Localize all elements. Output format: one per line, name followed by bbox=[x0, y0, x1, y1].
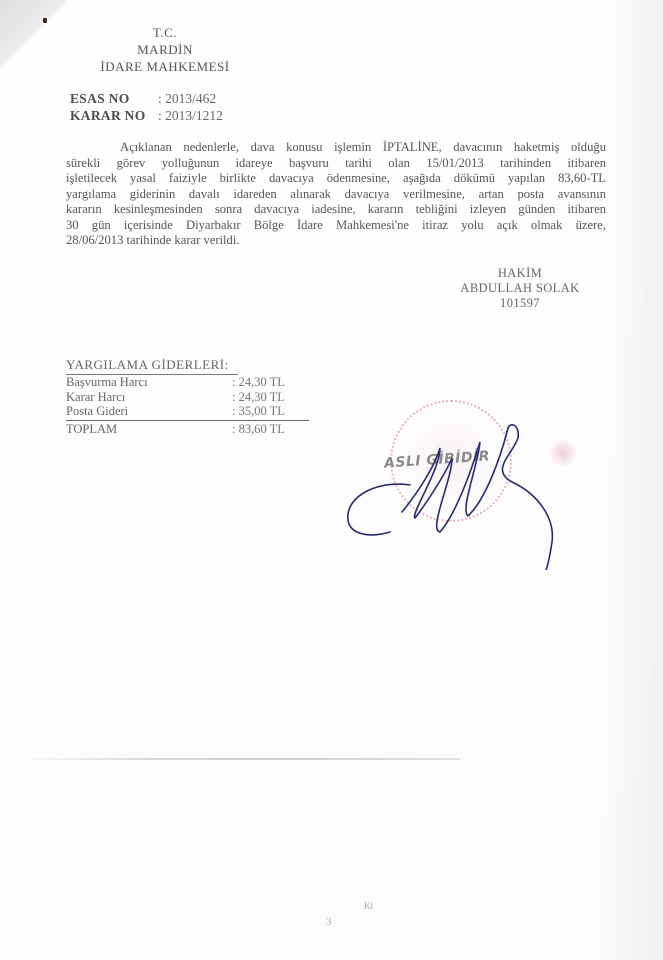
page-number: 3 bbox=[326, 916, 332, 928]
staple-mark bbox=[43, 18, 47, 23]
esas-row: ESAS NO : 2013/462 bbox=[70, 90, 223, 107]
decision-text: Açıklanan nedenlerle, dava konusu işlemi… bbox=[66, 140, 606, 249]
karar-label: KARAR NO bbox=[70, 107, 158, 124]
judge-registry-no: 101597 bbox=[440, 296, 600, 311]
folded-corner bbox=[0, 0, 66, 76]
cost-label: Karar Harcı bbox=[66, 390, 232, 405]
judge-name: ABDULLAH SOLAK bbox=[440, 281, 600, 296]
costs-title: YARGILAMA GİDERLERİ: bbox=[66, 357, 238, 375]
decision-line: işletilecek yasal faiziyle birlikte dava… bbox=[66, 171, 606, 187]
esas-label: ESAS NO bbox=[70, 90, 158, 107]
cost-row: Posta Gideri : 35,00 TL bbox=[66, 404, 309, 419]
esas-value: : 2013/462 bbox=[158, 90, 216, 107]
case-numbers: ESAS NO : 2013/462 KARAR NO : 2013/1212 bbox=[70, 90, 223, 124]
header-court: İDARE MAHKEMESİ bbox=[95, 58, 235, 75]
signature-icon bbox=[340, 420, 580, 570]
cost-row: Başvurma Harcı : 24,30 TL bbox=[66, 375, 309, 390]
paper-fold-line bbox=[20, 758, 460, 760]
costs-table: YARGILAMA GİDERLERİ: Başvurma Harcı : 24… bbox=[66, 357, 309, 436]
decision-line: kararın kesinleşmesinden sonra davacıya … bbox=[66, 202, 606, 218]
decision-line: 30 gün içerisinde Diyarbakır Bölge İdare… bbox=[66, 218, 606, 234]
cost-total-value: : 83,60 TL bbox=[232, 422, 309, 437]
decision-line: Açıklanan nedenlerle, dava konusu işlemi… bbox=[66, 140, 606, 156]
karar-row: KARAR NO : 2013/1212 bbox=[70, 107, 223, 124]
cost-total-row: TOPLAM : 83,60 TL bbox=[66, 420, 309, 437]
judge-block: HAKİM ABDULLAH SOLAK 101597 bbox=[440, 266, 600, 311]
header-city: MARDİN bbox=[95, 41, 235, 58]
header-country: T.C. bbox=[95, 24, 235, 41]
decision-line: 28/06/2013 tarihinde karar verildi. bbox=[66, 233, 606, 249]
cost-total-label: TOPLAM bbox=[66, 422, 232, 437]
decision-line: yargılama giderinin davalı idareden alın… bbox=[66, 187, 606, 203]
cost-label: Posta Gideri bbox=[66, 404, 232, 419]
decision-line: sürekli görev yolluğunun idareye başvuru… bbox=[66, 156, 606, 172]
cost-value: : 24,30 TL bbox=[232, 375, 309, 390]
cost-value: : 35,00 TL bbox=[232, 404, 309, 419]
court-header: T.C. MARDİN İDARE MAHKEMESİ bbox=[95, 24, 235, 75]
cost-value: : 24,30 TL bbox=[232, 390, 309, 405]
handwritten-initials: Kl bbox=[364, 901, 373, 911]
karar-value: : 2013/1212 bbox=[158, 107, 223, 124]
document-page: T.C. MARDİN İDARE MAHKEMESİ ESAS NO : 20… bbox=[0, 0, 663, 960]
judge-title: HAKİM bbox=[440, 266, 600, 281]
cost-label: Başvurma Harcı bbox=[66, 375, 232, 390]
cost-row: Karar Harcı : 24,30 TL bbox=[66, 390, 309, 405]
